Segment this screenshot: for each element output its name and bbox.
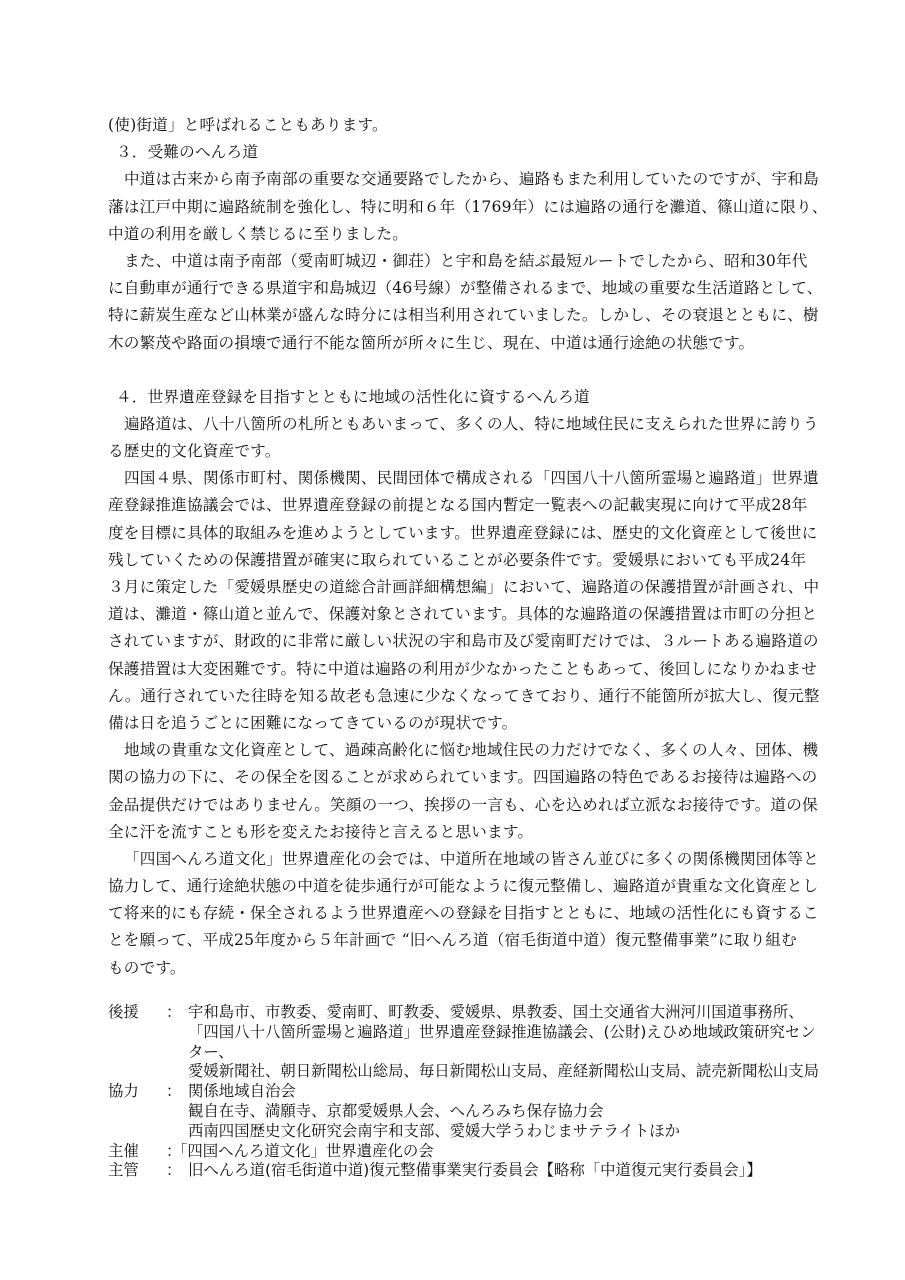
credit-colon: ： <box>158 1082 188 1141</box>
section-4-body: 遍路道は、八十八箇所の札所ともあいまって、多くの人、特に地域住民に支えられた世界… <box>108 411 822 982</box>
credit-label: 主管 <box>108 1161 158 1181</box>
section-3-body: 中道は古来から南予南部の重要な交通要路でしたから、遍路もまた利用していたのですが… <box>108 166 822 356</box>
paragraph-line: に自動車が通行できる県道宇和島城辺（46号線）が整備されるまで、地域の重要な生活… <box>108 275 822 302</box>
credit-label: 協力 <box>108 1082 158 1141</box>
paragraph-line: る歴史的文化資産です。 <box>108 438 822 465</box>
paragraph-line: 保護措置は大変困難です。特に中道は遍路の利用が少なかったこともあって、後回しにな… <box>108 656 822 683</box>
credit-value: 観自在寺、満願寺、京都愛媛県人会、へんろみち保存協力会 <box>188 1102 822 1122</box>
paragraph-line: 「四国へんろ道文化」世界遺産化の会では、中道所在地域の皆さん並びに多くの関係機関… <box>108 846 822 873</box>
credit-row-management: 主管 ： 旧へんろ道(宿毛街道中道)復元整備事業実行委員会【略称「中道復元実行委… <box>108 1161 822 1181</box>
credit-value: 旧へんろ道(宿毛街道中道)復元整備事業実行委員会【略称「中道復元実行委員会」】 <box>188 1161 822 1181</box>
paragraph-line: 遍路道は、八十八箇所の札所ともあいまって、多くの人、特に地域住民に支えられた世界… <box>108 411 822 438</box>
paragraph-line: 特に薪炭生産など山林業が盛んな時分には相当利用されていました。しかし、その衰退と… <box>108 302 822 329</box>
section-spacer <box>108 357 822 384</box>
credit-values: 関係地域自治会 観自在寺、満願寺、京都愛媛県人会、へんろみち保存協力会 西南四国… <box>188 1082 822 1141</box>
credit-label: 後援 <box>108 1003 158 1082</box>
credit-values: 旧へんろ道(宿毛街道中道)復元整備事業実行委員会【略称「中道復元実行委員会」】 <box>188 1161 822 1181</box>
document-body: (使)街道」と呼ばれることもあります。 ３．受難のへんろ道 中道は古来から南予南… <box>108 112 822 982</box>
credit-row-cooperation: 協力 ： 関係地域自治会 観自在寺、満願寺、京都愛媛県人会、へんろみち保存協力会… <box>108 1082 822 1141</box>
credit-value: 西南四国歴史文化研究会南宇和支部、愛媛大学うわじまサテライトほか <box>188 1122 822 1142</box>
credit-colon: ： <box>158 1003 188 1082</box>
paragraph-line: 藩は江戸中期に遍路統制を強化し、特に明和６年（1769年）には遍路の通行を灘道、… <box>108 194 822 221</box>
credit-value: 関係地域自治会 <box>188 1082 822 1102</box>
paragraph-line: 備は日を追うごとに困難になってきているのが現状です。 <box>108 710 822 737</box>
credit-values: 宇和島市、市教委、愛南町、町教委、愛媛県、県教委、国土交通省大洲河川国道事務所、… <box>188 1003 822 1082</box>
paragraph-line: 関の協力の下に、その保全を図ることが求められています。四国遍路の特色であるお接待… <box>108 764 822 791</box>
section-4-heading: ４．世界遺産登録を目指すとともに地域の活性化に資するへんろ道 <box>108 384 822 411</box>
paragraph-line: とを願って、平成25年度から５年計画で “旧へんろ道（宿毛街道中道）復元整備事業… <box>108 927 822 954</box>
paragraph-line: 四国４県、関係市町村、関係機関、民間団体で構成される「四国八十八箇所霊場と遍路道… <box>108 465 822 492</box>
paragraph-line: 地域の貴重な文化資産として、過疎高齢化に悩む地域住民の力だけでなく、多くの人々、… <box>108 737 822 764</box>
paragraph-line: 道は、灘道・篠山道と並んで、保護対象とされています。具体的な遍路道の保護措置は市… <box>108 601 822 628</box>
paragraph-line: 産登録推進協議会では、世界遺産登録の前提となる国内暫定一覧表への記載実現に向けて… <box>108 492 822 519</box>
credit-colon: ： <box>158 1142 172 1162</box>
credit-colon: ： <box>158 1161 188 1181</box>
section-3-heading: ３．受難のへんろ道 <box>108 139 822 166</box>
paragraph-line: 中道の利用を厳しく禁じるに至りました。 <box>108 221 822 248</box>
credit-label: 主催 <box>108 1142 158 1162</box>
paragraph-line: また、中道は南予南部（愛南町城辺・御荘）と宇和島を結ぶ最短ルートでしたから、昭和… <box>108 248 822 275</box>
paragraph-line: 度を目標に具体的取組みを進めようとしています。世界遺産登録には、歴史的文化資産と… <box>108 520 822 547</box>
credit-value: 愛媛新聞社、朝日新聞松山総局、毎日新聞松山支局、産経新聞松山支局、読売新聞松山支… <box>188 1062 822 1082</box>
paragraph-line: 木の繁茂や路面の損壊で通行不能な箇所が所々に生じ、現在、中道は通行途絶の状態です… <box>108 330 822 357</box>
credit-values: 「四国へんろ道文化」世界遺産化の会 <box>172 1142 822 1162</box>
credit-value: 「四国へんろ道文化」世界遺産化の会 <box>172 1142 822 1162</box>
credit-value: 宇和島市、市教委、愛南町、町教委、愛媛県、県教委、国土交通省大洲河川国道事務所、… <box>188 1003 822 1062</box>
paragraph-line: て将来的にも存続・保全されるよう世界遺産への登録を目指すとともに、地域の活性化に… <box>108 900 822 927</box>
credit-row-support: 後援 ： 宇和島市、市教委、愛南町、町教委、愛媛県、県教委、国土交通省大洲河川国… <box>108 1003 822 1082</box>
paragraph-line: ん。通行されていた往時を知る故老も急速に少なくなってきており、通行不能箇所が拡大… <box>108 683 822 710</box>
paragraph-line: されていますが、財政的に非常に厳しい状況の宇和島市及び愛南町だけでは、３ルートあ… <box>108 628 822 655</box>
paragraph-line: 協力して、通行途絶状態の中道を徒歩通行が可能なように復元整備し、遍路道が貴重な文… <box>108 873 822 900</box>
paragraph-line: 金品提供だけではありません。笑顔の一つ、挨拶の一言も、心を込めれば立派なお接待で… <box>108 792 822 819</box>
paragraph-line: ３月に策定した「愛媛県歴史の道総合計画詳細構想編」において、遍路道の保護措置が計… <box>108 574 822 601</box>
credit-row-organizer: 主催 ： 「四国へんろ道文化」世界遺産化の会 <box>108 1142 822 1162</box>
credits-block: 後援 ： 宇和島市、市教委、愛南町、町教委、愛媛県、県教委、国土交通省大洲河川国… <box>108 1003 822 1181</box>
paragraph-line: ものです。 <box>108 955 822 982</box>
paragraph-line: 中道は古来から南予南部の重要な交通要路でしたから、遍路もまた利用していたのですが… <box>108 166 822 193</box>
paragraph-line: 全に汗を流すことも形を変えたお接待と言えると思います。 <box>108 819 822 846</box>
continuation-line: (使)街道」と呼ばれることもあります。 <box>108 112 822 139</box>
paragraph-line: 残していくための保護措置が確実に取られていることが必要条件です。愛媛県においても… <box>108 547 822 574</box>
